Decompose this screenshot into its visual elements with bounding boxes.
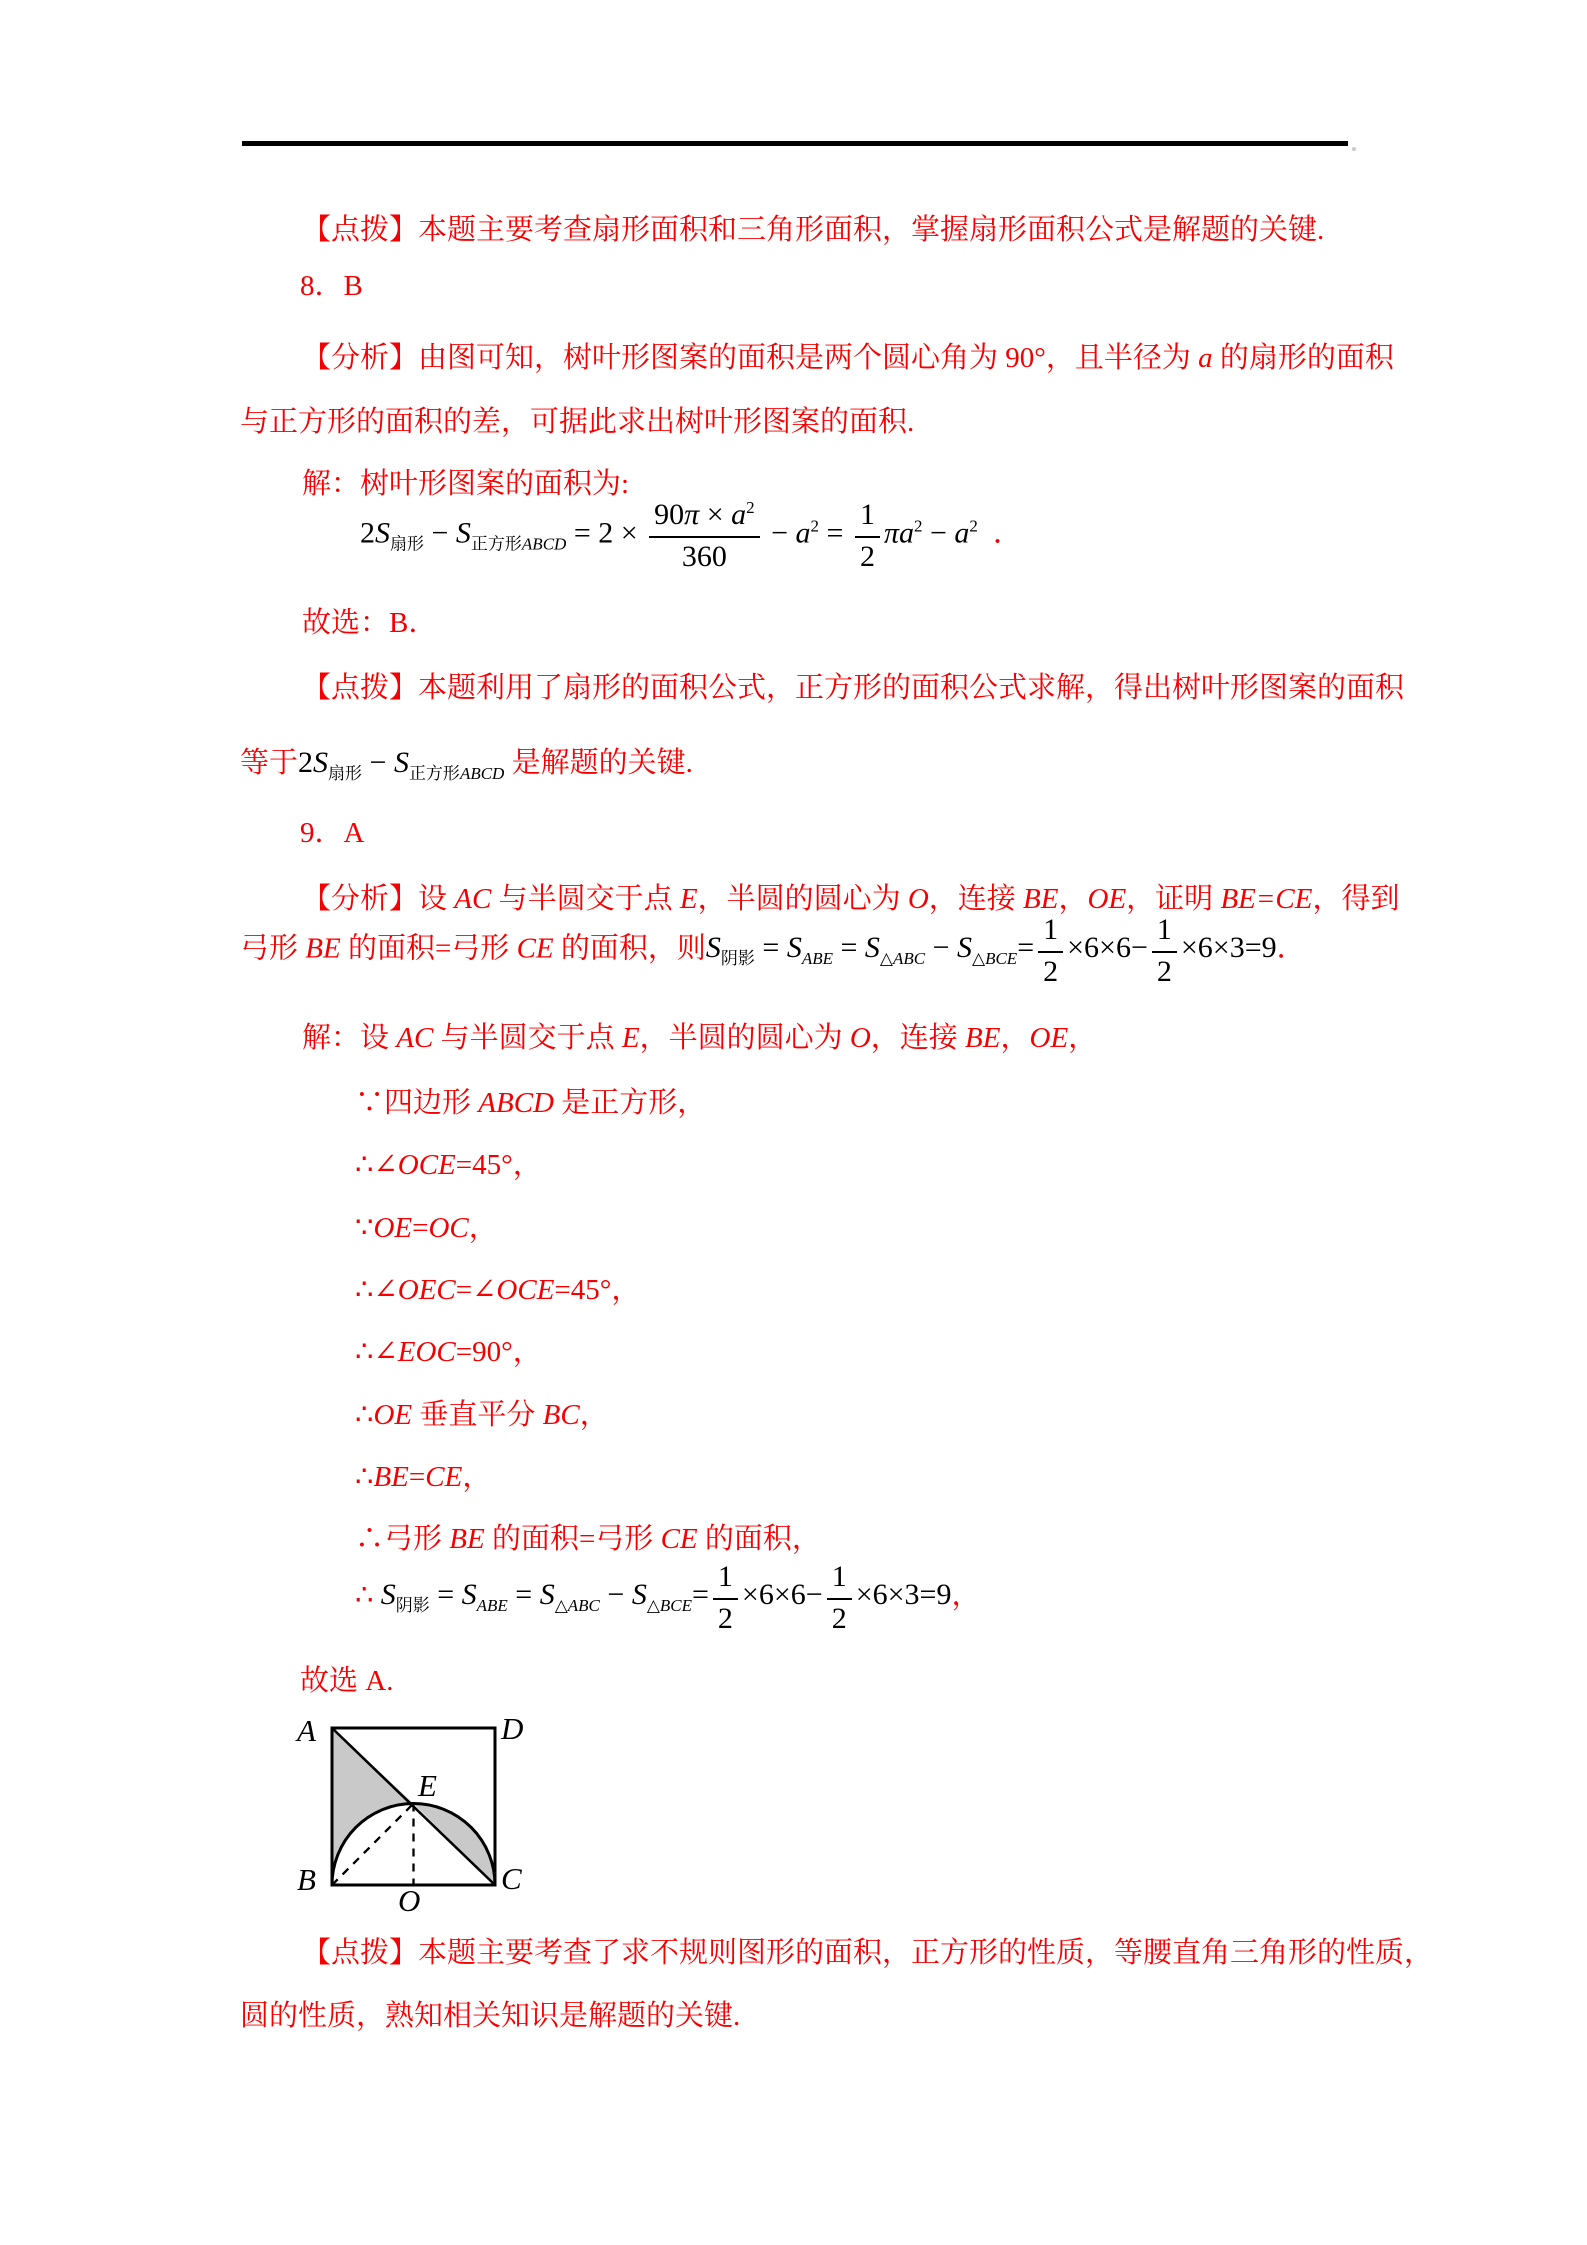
q8-dianbo-note: 【点拨】本题主要考查扇形面积和三角形面积，掌握扇形面积公式是解题的关键. [302,210,1324,250]
q9-therefore-symbol: ∴ [355,1579,381,1611]
q9-shadow-formula: S阴影 = SABE = S△ABC − S△BCE=12×6×6−12×6×3… [381,1578,952,1611]
q9-solution-intro: 解：设 AC 与半圆交于点 E，半圆的圆心为 O，连接 BE，OE， [302,1018,1097,1058]
vertex-label-d: D [500,1711,523,1746]
rule-end-artifact-dot [1352,147,1356,151]
q9-conclusion-formula: ∴ S阴影 = SABE = S△ABC − S△BCE=12×6×6−12×6… [355,1559,980,1636]
q9-step-1: ∵四边形 ABCD 是正方形， [355,1083,706,1123]
q8-dianbo2-line2: 等于2S扇形 − S正方形ABCD 是解题的关键. [240,743,693,794]
center-label-o: O [398,1883,420,1918]
q8-answer: 8．B [300,266,363,306]
vertex-label-c: C [501,1861,522,1896]
q8-dianbo2-post: 是解题的关键. [504,747,693,779]
q9-step-7: ∴BE=CE， [355,1457,491,1497]
document-page: 【点拨】本题主要考查扇形面积和三角形面积，掌握扇形面积公式是解题的关键. 8．B… [0,0,1587,2245]
vertex-label-a: A [295,1713,317,1748]
q9-answer: 9．A [300,813,364,853]
header-horizontal-rule [242,141,1348,146]
q9-dianbo-line1: 【点拨】本题主要考查了求不规则图形的面积，正方形的性质，等腰直角三角形的性质， [302,1933,1433,1973]
q9-conclusion-end: ， [951,1579,980,1611]
q9-analysis-end: ． [1277,932,1306,964]
geometry-figure: A D E B C O [285,1692,545,1922]
shaded-region-abe [332,1728,414,1885]
vertex-label-b: B [297,1862,316,1897]
q9-step-5: ∴∠EOC=90°， [355,1332,542,1372]
q9-step-6: ∴OE 垂直平分 BC， [355,1395,609,1435]
q8-area-formula: 2S扇形 − S正方形ABCD = 2 × 90π × a2360 − a2 =… [360,497,1023,574]
q8-dianbo2-pre: 等于 [240,747,298,779]
q8-dianbo2-line1: 【点拨】本题利用了扇形的面积公式，正方形的面积公式求解，得出树叶形图案的面积 [302,668,1404,708]
vertex-label-e: E [417,1768,437,1803]
q9-step-2: ∴∠OCE=45°， [355,1145,542,1185]
q8-dianbo2-inline-formula: 2S扇形 − S正方形ABCD [298,746,504,779]
q9-step-4: ∴∠OEC=∠OCE=45°， [355,1270,640,1310]
q9-analysis-line2: 弓形 BE 的面积=弓形 CE 的面积，则S阴影 = SABE = S△ABC … [240,912,1306,989]
q8-analysis-line1: 【分析】由图可知，树叶形图案的面积是两个圆心角为 90°，且半径为 a 的扇形的… [302,338,1394,378]
q9-analysis-pre: 弓形 BE 的面积=弓形 CE 的面积，则 [240,932,706,964]
q8-analysis-line2: 与正方形的面积的差，可据此求出树叶形图案的面积. [240,402,914,442]
q9-step-8: ∴弓形 BE 的面积=弓形 CE 的面积， [355,1519,821,1559]
q9-shadow-formula-inline: S阴影 = SABE = S△ABC − S△BCE=12×6×6−12×6×3… [706,931,1277,964]
q9-step-3: ∵OE=OC， [355,1208,498,1248]
q9-dianbo-line2: 圆的性质，熟知相关知识是解题的关键. [240,1996,740,2036]
q8-choice: 故选：B． [302,603,437,643]
